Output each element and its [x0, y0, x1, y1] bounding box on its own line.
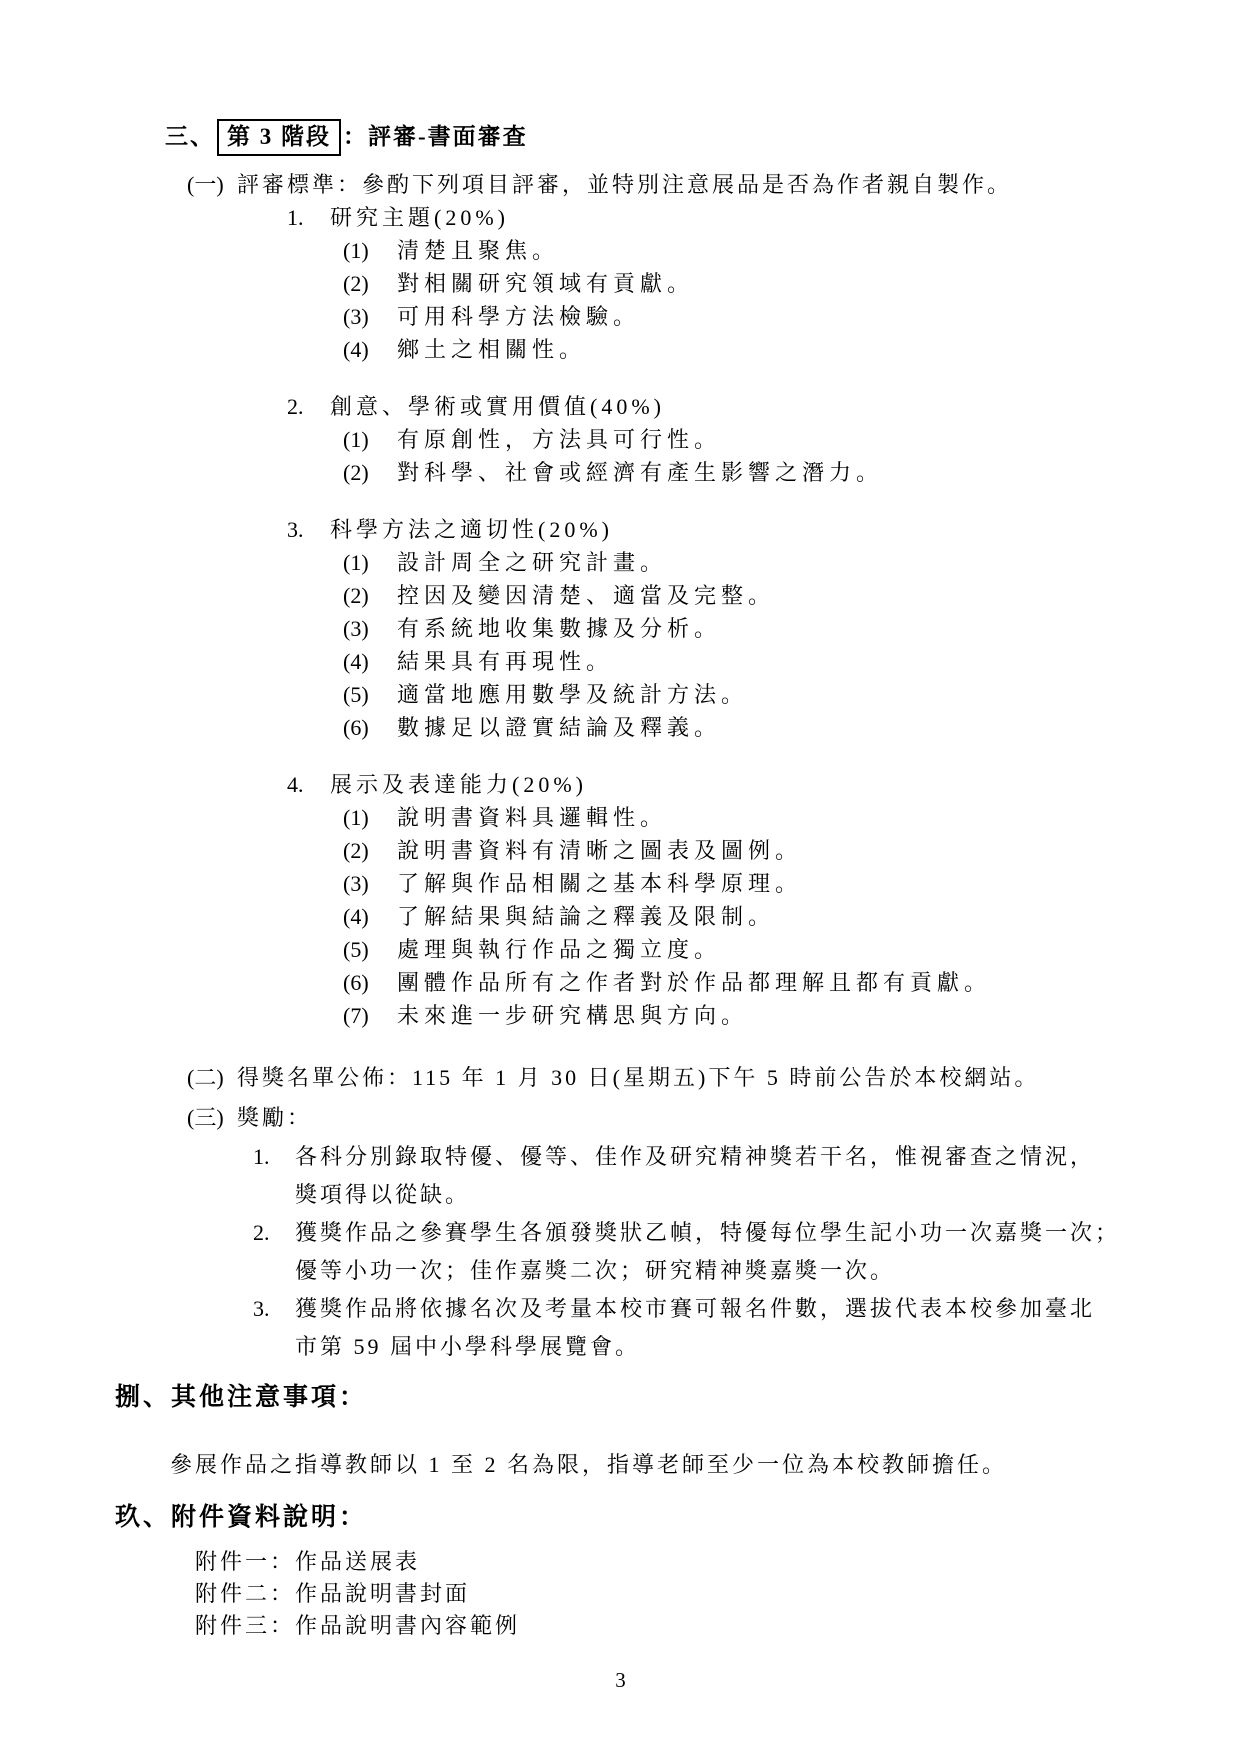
criterion-point: (4) 結果具有再現性。 [343, 645, 1241, 678]
criterion-group-3-number: 3. [287, 513, 330, 546]
stage-heading-boxed-label: 第 3 階段 [217, 119, 341, 156]
awards-title-row: (三) 獎勵： [187, 1098, 1241, 1138]
attachments-list: 附件一：作品送展表 附件二：作品說明書封面 附件三：作品說明書內容範例 [0, 1546, 1241, 1642]
criterion-point: (5) 處理與執行作品之獨立度。 [343, 933, 1241, 966]
criterion-point-label: (1) [343, 423, 397, 456]
criterion-point-label: (5) [343, 933, 397, 966]
criterion-point-label: (3) [343, 612, 397, 645]
criterion-point: (2) 對科學、社會或經濟有產生影響之潛力。 [343, 456, 1241, 489]
criterion-group-1-title-row: 1. 研究主題(20%) [287, 201, 1241, 234]
criterion-point-text: 說明書資料具邏輯性。 [397, 801, 667, 834]
criterion-point-text: 結果具有再現性。 [397, 645, 613, 678]
criterion-point-text: 可用科學方法檢驗。 [397, 300, 640, 333]
criterion-point-label: (3) [343, 300, 397, 333]
criterion-point-label: (6) [343, 966, 397, 999]
criterion-point-text: 了解結果與結論之釋義及限制。 [397, 900, 775, 933]
awards-items: 1. 各科分別錄取特優、優等、佳作及研究精神獎若干名，惟視審查之情況， 獎項得以… [0, 1138, 1241, 1366]
stage-heading-title: ：評審-書面審查 [343, 118, 528, 156]
awards-label: (三) [187, 1098, 237, 1138]
criterion-point-text: 了解與作品相關之基本科學原理。 [397, 867, 802, 900]
criterion-point-label: (2) [343, 579, 397, 612]
criterion-point-text: 未來進一步研究構思與方向。 [397, 999, 748, 1032]
review-criteria-intro-row: (一) 評審標準：參酌下列項目評審，並特別注意展品是否為作者親自製作。 [187, 168, 1241, 201]
criterion-group-2: 2. 創意、學術或實用價值(40%) (1) 有原創性，方法具可行性。 (2) … [0, 390, 1241, 489]
criterion-point: (6) 數據足以證實結論及釋義。 [343, 711, 1241, 744]
award-item-number: 1. [253, 1138, 295, 1214]
criterion-point-label: (1) [343, 546, 397, 579]
criterion-point: (1) 有原創性，方法具可行性。 [343, 423, 1241, 456]
attachment-line: 附件一：作品送展表 [195, 1546, 1241, 1578]
criterion-group-1-points: (1) 清楚且聚焦。 (2) 對相關研究領域有貢獻。 (3) 可用科學方法檢驗。 [0, 234, 1241, 366]
award-item-text: 各科分別錄取特優、優等、佳作及研究精神獎若干名，惟視審查之情況， 獎項得以從缺。 [295, 1138, 1145, 1214]
criterion-point: (1) 清楚且聚焦。 [343, 234, 1241, 267]
criterion-point: (3) 有系統地收集數據及分析。 [343, 612, 1241, 645]
award-item-text: 獲獎作品將依據名次及考量本校市賽可報名件數，選拔代表本校參加臺北 市第 59 屆… [295, 1290, 1145, 1366]
award-item-text: 獲獎作品之參賽學生各頒發獎狀乙幀，特優每位學生記小功一次嘉獎一次； 優等小功一次… [295, 1214, 1145, 1290]
criterion-point: (4) 了解結果與結論之釋義及限制。 [343, 900, 1241, 933]
criterion-point-label: (2) [343, 834, 397, 867]
attachments-heading: 玖、附件資料說明： [115, 1498, 1241, 1538]
criterion-point-label: (1) [343, 234, 397, 267]
criterion-group-1: 1. 研究主題(20%) (1) 清楚且聚焦。 (2) 對相關研究領域有貢獻。 [0, 201, 1241, 366]
document-content: 三、 第 3 階段 ：評審-書面審查 (一) 評審標準：參酌下列項目評審，並特別… [0, 0, 1241, 1693]
criterion-group-2-title: 創意、學術或實用價值(40%) [330, 390, 665, 423]
criterion-point-label: (4) [343, 900, 397, 933]
criterion-group-4-points: (1) 說明書資料具邏輯性。 (2) 說明書資料有清晰之圖表及圖例。 (3) 了… [0, 801, 1241, 1032]
award-item: 1. 各科分別錄取特優、優等、佳作及研究精神獎若干名，惟視審查之情況， 獎項得以… [253, 1138, 1241, 1214]
criterion-point: (1) 說明書資料具邏輯性。 [343, 801, 1241, 834]
criterion-group-3-title-row: 3. 科學方法之適切性(20%) [287, 513, 1241, 546]
criterion-group-2-title-row: 2. 創意、學術或實用價值(40%) [287, 390, 1241, 423]
criterion-point: (2) 對相關研究領域有貢獻。 [343, 267, 1241, 300]
criterion-point: (2) 控因及變因清楚、適當及完整。 [343, 579, 1241, 612]
criterion-point: (6) 團體作品所有之作者對於作品都理解且都有貢獻。 [343, 966, 1241, 999]
review-criteria-label: (一) [187, 168, 237, 201]
criterion-point-label: (2) [343, 456, 397, 489]
document-page: 三、 第 3 階段 ：評審-書面審查 (一) 評審標準：參酌下列項目評審，並特別… [0, 0, 1241, 1755]
criterion-point-text: 清楚且聚焦。 [397, 234, 559, 267]
criterion-point-text: 鄉土之相關性。 [397, 333, 586, 366]
criterion-group-2-number: 2. [287, 390, 330, 423]
criterion-point-text: 說明書資料有清晰之圖表及圖例。 [397, 834, 802, 867]
criterion-point-text: 處理與執行作品之獨立度。 [397, 933, 721, 966]
criterion-point-text: 設計周全之研究計畫。 [397, 546, 667, 579]
criterion-point-text: 對科學、社會或經濟有產生影響之潛力。 [397, 456, 883, 489]
stage-heading-number: 三、 [165, 118, 215, 156]
criterion-point: (4) 鄉土之相關性。 [343, 333, 1241, 366]
stage-heading: 三、 第 3 階段 ：評審-書面審查 [165, 118, 1241, 156]
criterion-point-text: 控因及變因清楚、適當及完整。 [397, 579, 775, 612]
criterion-point-label: (3) [343, 867, 397, 900]
criterion-point-text: 對相關研究領域有貢獻。 [397, 267, 694, 300]
criterion-point: (5) 適當地應用數學及統計方法。 [343, 678, 1241, 711]
criterion-point-text: 有系統地收集數據及分析。 [397, 612, 721, 645]
criterion-point-label: (4) [343, 333, 397, 366]
criterion-group-4-number: 4. [287, 768, 330, 801]
award-item-number: 2. [253, 1214, 295, 1290]
criterion-group-1-title: 研究主題(20%) [330, 201, 509, 234]
other-notes-body: 參展作品之指導教師以 1 至 2 名為限，指導老師至少一位為本校教師擔任。 [170, 1448, 1241, 1481]
criterion-point: (3) 可用科學方法檢驗。 [343, 300, 1241, 333]
other-notes-heading: 捌、其他注意事項： [115, 1378, 1241, 1418]
criterion-group-4-title-row: 4. 展示及表達能力(20%) [287, 768, 1241, 801]
announcement-text: 得獎名單公佈：115 年 1 月 30 日(星期五)下午 5 時前公告於本校網站… [237, 1058, 1039, 1098]
award-item: 3. 獲獎作品將依據名次及考量本校市賽可報名件數，選拔代表本校參加臺北 市第 5… [253, 1290, 1241, 1366]
criterion-point-label: (5) [343, 678, 397, 711]
criterion-point-text: 數據足以證實結論及釋義。 [397, 711, 721, 744]
announcement-label: (二) [187, 1058, 237, 1098]
criterion-point: (3) 了解與作品相關之基本科學原理。 [343, 867, 1241, 900]
announcement-row: (二) 得獎名單公佈：115 年 1 月 30 日(星期五)下午 5 時前公告於… [187, 1058, 1241, 1098]
award-item: 2. 獲獎作品之參賽學生各頒發獎狀乙幀，特優每位學生記小功一次嘉獎一次； 優等小… [253, 1214, 1241, 1290]
awards-title: 獎勵： [237, 1098, 312, 1138]
criterion-group-1-number: 1. [287, 201, 330, 234]
criterion-point-label: (7) [343, 999, 397, 1032]
criterion-point-label: (2) [343, 267, 397, 300]
attachment-line: 附件三：作品說明書內容範例 [195, 1610, 1241, 1642]
criterion-group-3-title: 科學方法之適切性(20%) [330, 513, 613, 546]
award-item-number: 3. [253, 1290, 295, 1366]
criterion-point: (1) 設計周全之研究計畫。 [343, 546, 1241, 579]
criterion-point: (2) 說明書資料有清晰之圖表及圖例。 [343, 834, 1241, 867]
criterion-point: (7) 未來進一步研究構思與方向。 [343, 999, 1241, 1032]
criterion-point-text: 有原創性，方法具可行性。 [397, 423, 721, 456]
criterion-group-4-title: 展示及表達能力(20%) [330, 768, 587, 801]
criterion-group-4: 4. 展示及表達能力(20%) (1) 說明書資料具邏輯性。 (2) 說明書資料… [0, 768, 1241, 1032]
criterion-point-label: (1) [343, 801, 397, 834]
attachment-line: 附件二：作品說明書封面 [195, 1578, 1241, 1610]
criterion-group-2-points: (1) 有原創性，方法具可行性。 (2) 對科學、社會或經濟有產生影響之潛力。 [0, 423, 1241, 489]
criterion-group-3: 3. 科學方法之適切性(20%) (1) 設計周全之研究計畫。 (2) 控因及變… [0, 513, 1241, 744]
criterion-point-label: (4) [343, 645, 397, 678]
criterion-point-label: (6) [343, 711, 397, 744]
criterion-group-3-points: (1) 設計周全之研究計畫。 (2) 控因及變因清楚、適當及完整。 (3) 有系… [0, 546, 1241, 744]
criterion-point-text: 適當地應用數學及統計方法。 [397, 678, 748, 711]
criterion-point-text: 團體作品所有之作者對於作品都理解且都有貢獻。 [397, 966, 991, 999]
page-number: 3 [0, 1668, 1241, 1693]
review-criteria-intro-text: 評審標準：參酌下列項目評審，並特別注意展品是否為作者親自製作。 [237, 168, 1012, 201]
